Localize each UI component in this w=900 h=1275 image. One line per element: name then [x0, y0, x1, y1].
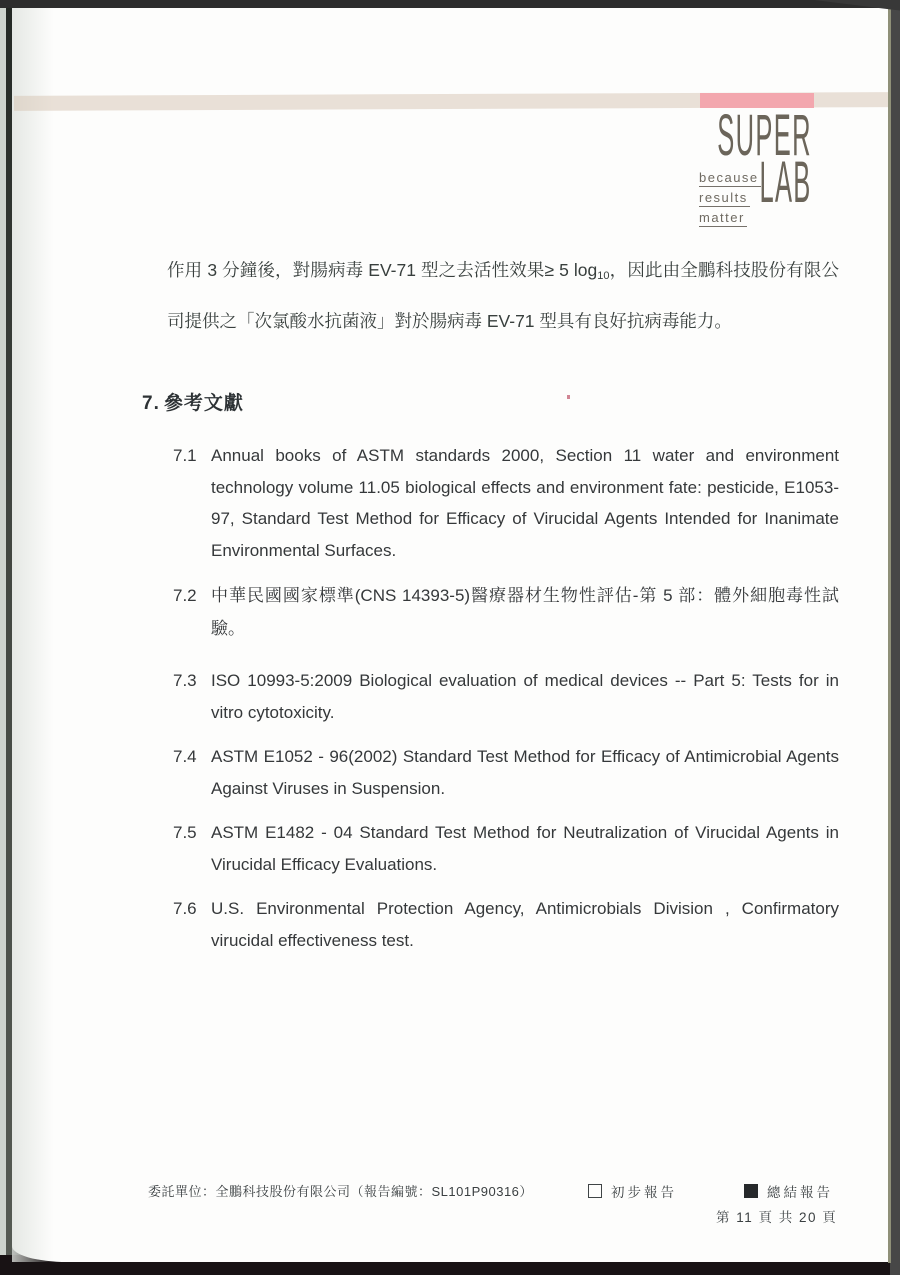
page-right-edge-line — [888, 0, 891, 1263]
references-list: 7.1 Annual books of ASTM standards 2000,… — [173, 440, 839, 969]
reference-text: U.S. Environmental Protection Agency, An… — [211, 893, 839, 956]
logo-tagline-word: results — [699, 190, 750, 207]
conclusion-text-part1: 作用 3 分鐘後，對腸病毒 EV-71 型之去活性效果≥ 5 log — [167, 260, 597, 280]
reference-item: 7.3 ISO 10993-5:2009 Biological evaluati… — [173, 665, 839, 728]
reference-number: 7.6 — [173, 893, 211, 956]
reference-item: 7.5 ASTM E1482 - 04 Standard Test Method… — [173, 817, 839, 880]
checkbox-checked-icon — [744, 1184, 758, 1198]
scan-top-edge — [0, 0, 900, 8]
logo-tagline-word: matter — [699, 210, 747, 227]
binding-shadow — [12, 8, 54, 1262]
scan-speck — [567, 395, 570, 399]
log10-subscript: 10 — [597, 270, 609, 282]
reference-text: ISO 10993-5:2009 Biological evaluation o… — [211, 665, 839, 728]
references-heading: 7.參考文獻 — [142, 388, 244, 415]
preliminary-report-label: 初步報告 — [611, 1181, 677, 1201]
final-report-label: 總結報告 — [767, 1181, 833, 1201]
reference-item: 7.1 Annual books of ASTM standards 2000,… — [173, 440, 839, 566]
reference-text: ASTM E1482 - 04 Standard Test Method for… — [211, 817, 839, 880]
reference-item: 7.4 ASTM E1052 - 96(2002) Standard Test … — [173, 741, 839, 804]
conclusion-paragraph: 作用 3 分鐘後，對腸病毒 EV-71 型之去活性效果≥ 5 log10，因此由… — [167, 246, 839, 345]
references-heading-number: 7. — [142, 393, 160, 414]
footer-preliminary-report: 初步報告 — [588, 1181, 677, 1201]
footer-final-report: 總結報告 — [744, 1181, 833, 1201]
reference-number: 7.4 — [173, 741, 211, 804]
reference-item: 7.2 中華民國國家標準(CNS 14393-5)醫療器材生物性評估-第 5 部… — [173, 579, 839, 645]
reference-text: ASTM E1052 - 96(2002) Standard Test Meth… — [211, 741, 839, 804]
logo-wordmark-lab: LAB — [760, 161, 812, 205]
reference-number: 7.5 — [173, 817, 211, 880]
references-heading-title: 參考文獻 — [164, 393, 244, 414]
footer-client-line: 委託單位：全鵬科技股份有限公司（報告編號：SL101P90316） — [148, 1181, 533, 1200]
checkbox-unchecked-icon — [588, 1184, 602, 1198]
reference-text: 中華民國國家標準(CNS 14393-5)醫療器材生物性評估-第 5 部：體外細… — [211, 579, 839, 645]
reference-text: Annual books of ASTM standards 2000, Sec… — [211, 440, 839, 566]
reference-number: 7.3 — [173, 665, 211, 728]
scan-right-edge — [890, 0, 900, 1275]
reference-number: 7.1 — [173, 440, 211, 566]
reference-number: 7.2 — [173, 579, 211, 645]
logo-tagline: because results matter — [699, 170, 761, 230]
reference-item: 7.6 U.S. Environmental Protection Agency… — [173, 893, 839, 956]
scanned-report-page: SUPER LAB because results matter 作用 3 分鐘… — [0, 0, 900, 1275]
logo-tagline-word: because — [699, 170, 761, 187]
page-number-info: 第 11 頁 共 20 頁 — [716, 1206, 837, 1226]
